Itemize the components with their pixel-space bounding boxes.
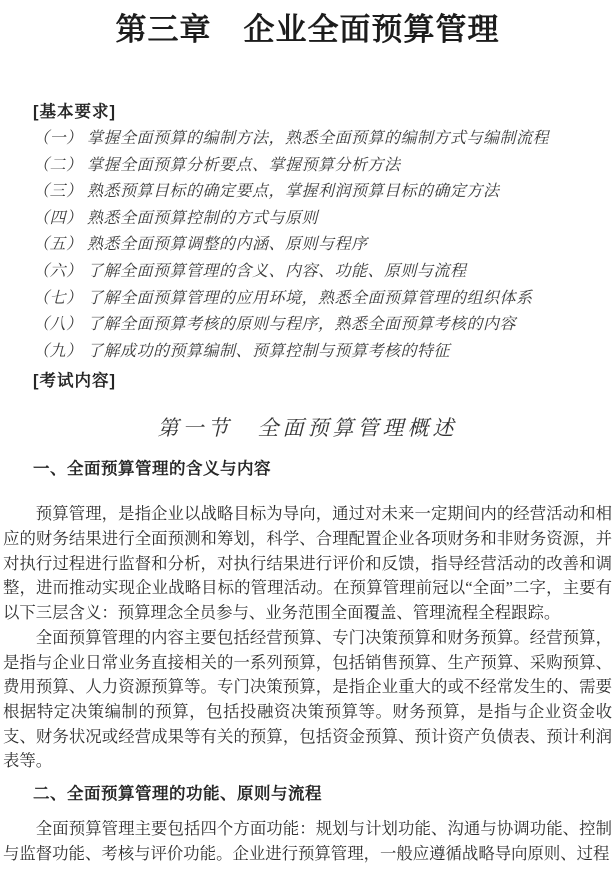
chapter-title: 第三章 企业全面预算管理 — [3, 0, 612, 50]
requirement-item-9: （九） 了解成功的预算编制、预算控制与预算考核的特征 — [3, 339, 612, 366]
requirement-item-5: （五） 熟悉全面预算调整的内涵、原则与程序 — [3, 232, 612, 259]
exam-content-label: [考试内容] — [3, 367, 612, 395]
requirement-item-2: （二） 掌握全面预算分析要点、掌握预算分析方法 — [3, 153, 612, 180]
requirement-item-4: （四） 熟悉全面预算控制的方式与原则 — [3, 206, 612, 233]
section-title: 第一节 全面预算管理概述 — [3, 413, 612, 443]
subsection-heading-1: 一、全面预算管理的含义与内容 — [3, 456, 612, 483]
requirement-item-1: （一） 掌握全面预算的编制方法，熟悉全面预算的编制方式与编制流程 — [3, 126, 612, 153]
document-page: 第三章 企业全面预算管理 [基本要求] （一） 掌握全面预算的编制方法，熟悉全面… — [0, 0, 615, 870]
paragraph-1: 预算管理，是指企业以战略目标为导向，通过对未来一定期间内的经营活动和相应的财务结… — [3, 502, 612, 626]
basic-requirements-list: （一） 掌握全面预算的编制方法，熟悉全面预算的编制方式与编制流程 （二） 掌握全… — [3, 126, 612, 365]
paragraph-3: 全面预算管理主要包括四个方面功能：规划与计划功能、沟通与协调功能、控制与监督功能… — [3, 817, 612, 866]
requirement-item-7: （七） 了解全面预算管理的应用环境，熟悉全面预算管理的组织体系 — [3, 286, 612, 313]
requirement-item-3: （三） 熟悉预算目标的确定要点，掌握利润预算目标的确定方法 — [3, 179, 612, 206]
basic-requirements-label: [基本要求] — [3, 98, 612, 126]
subsection-heading-2: 二、全面预算管理的功能、原则与流程 — [3, 781, 612, 808]
requirement-item-8: （八） 了解全面预算考核的原则与程序，熟悉全面预算考核的内容 — [3, 312, 612, 339]
paragraph-2: 全面预算管理的内容主要包括经营预算、专门决策预算和财务预算。经营预算，是指与企业… — [3, 626, 612, 774]
requirement-item-6: （六） 了解全面预算管理的含义、内容、功能、原则与流程 — [3, 259, 612, 286]
